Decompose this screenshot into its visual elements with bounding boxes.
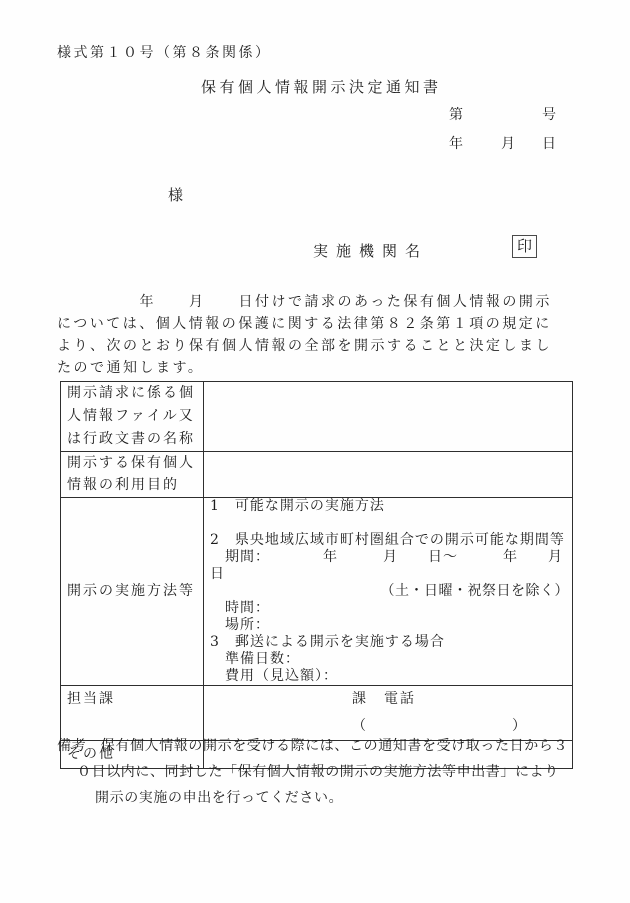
method-line: 2 県央地域広域市町村圏組合での開示可能な期間等	[204, 532, 572, 549]
table-row-disclosure-method: 開示の実施方法等 1 可能な開示の実施方法 2 県央地域広域市町村圏組合での開示…	[61, 498, 573, 686]
method-line: 期間： 年 月 日～ 年 月 日	[204, 549, 572, 583]
date-day-label: 日	[542, 133, 556, 153]
method-line: 費用（見込額）：	[204, 668, 572, 685]
date-year-label: 年	[449, 133, 463, 153]
department-phone-line: 課 電話（ ）	[204, 686, 572, 740]
method-line: 準備日数：	[204, 651, 572, 668]
remark-line: 備考 保有個人情報の開示を受ける際には、この通知書を受け取った日から３	[57, 733, 582, 759]
body-line: 年 月 日付けで請求のあった保有個人情報の開示	[57, 291, 577, 313]
seal-mark: 印	[512, 235, 537, 258]
date-month-label: 月	[501, 133, 515, 153]
disclosure-detail-table: 開示請求に係る個 人情報ファイル又 は行政文書の名称 開示する保有個人 情報の利…	[60, 381, 573, 769]
method-line: （土・日曜・祝祭日を除く）	[204, 583, 572, 600]
table-row-usage-purpose: 開示する保有個人 情報の利用目的	[61, 452, 573, 498]
method-line: 場所：	[204, 617, 572, 634]
form-number: 様式第１０号（第８条関係）	[57, 42, 272, 62]
method-line: 時間：	[204, 600, 572, 617]
method-line	[204, 515, 572, 532]
remark-note: 備考 保有個人情報の開示を受ける際には、この通知書を受け取った日から３ ０日以内…	[57, 733, 582, 811]
field-file-name	[204, 382, 573, 452]
table-row-file-name: 開示請求に係る個 人情報ファイル又 は行政文書の名称	[61, 382, 573, 452]
document-number-suffix: 号	[542, 104, 556, 124]
method-line: 1 可能な開示の実施方法	[204, 498, 572, 515]
remark-line: 開示の実施の申出を行ってください。	[57, 785, 582, 811]
body-line: より、次のとおり保有個人情報の全部を開示することと決定しまし	[57, 335, 577, 357]
page-title: 保有個人情報開示決定通知書	[201, 76, 442, 97]
row-label-file-name: 開示請求に係る個 人情報ファイル又 は行政文書の名称	[61, 382, 204, 452]
field-disclosure-method: 1 可能な開示の実施方法 2 県央地域広域市町村圏組合での開示可能な期間等 期間…	[204, 498, 573, 686]
notice-document-page: 様式第１０号（第８条関係） 保有個人情報開示決定通知書 第 号 年 月 日 様 …	[0, 0, 630, 903]
row-label-usage-purpose: 開示する保有個人 情報の利用目的	[61, 452, 204, 498]
notice-body: 年 月 日付けで請求のあった保有個人情報の開示 については、個人情報の保護に関す…	[57, 291, 577, 379]
row-label-disclosure-method: 開示の実施方法等	[61, 498, 204, 686]
addressee-honorific: 様	[168, 184, 183, 205]
body-line: については、個人情報の保護に関する法律第８２条第１項の規定に	[57, 313, 577, 335]
document-number-prefix: 第	[449, 104, 463, 124]
remark-line: ０日以内に、同封した「保有個人情報の開示の実施方法等申出書」により	[57, 759, 582, 785]
method-line: 3 郵送による開示を実施する場合	[204, 634, 572, 651]
issuing-agency-label: 実施機関名	[313, 240, 428, 261]
body-line: たので通知します。	[57, 357, 577, 379]
field-usage-purpose	[204, 452, 573, 498]
